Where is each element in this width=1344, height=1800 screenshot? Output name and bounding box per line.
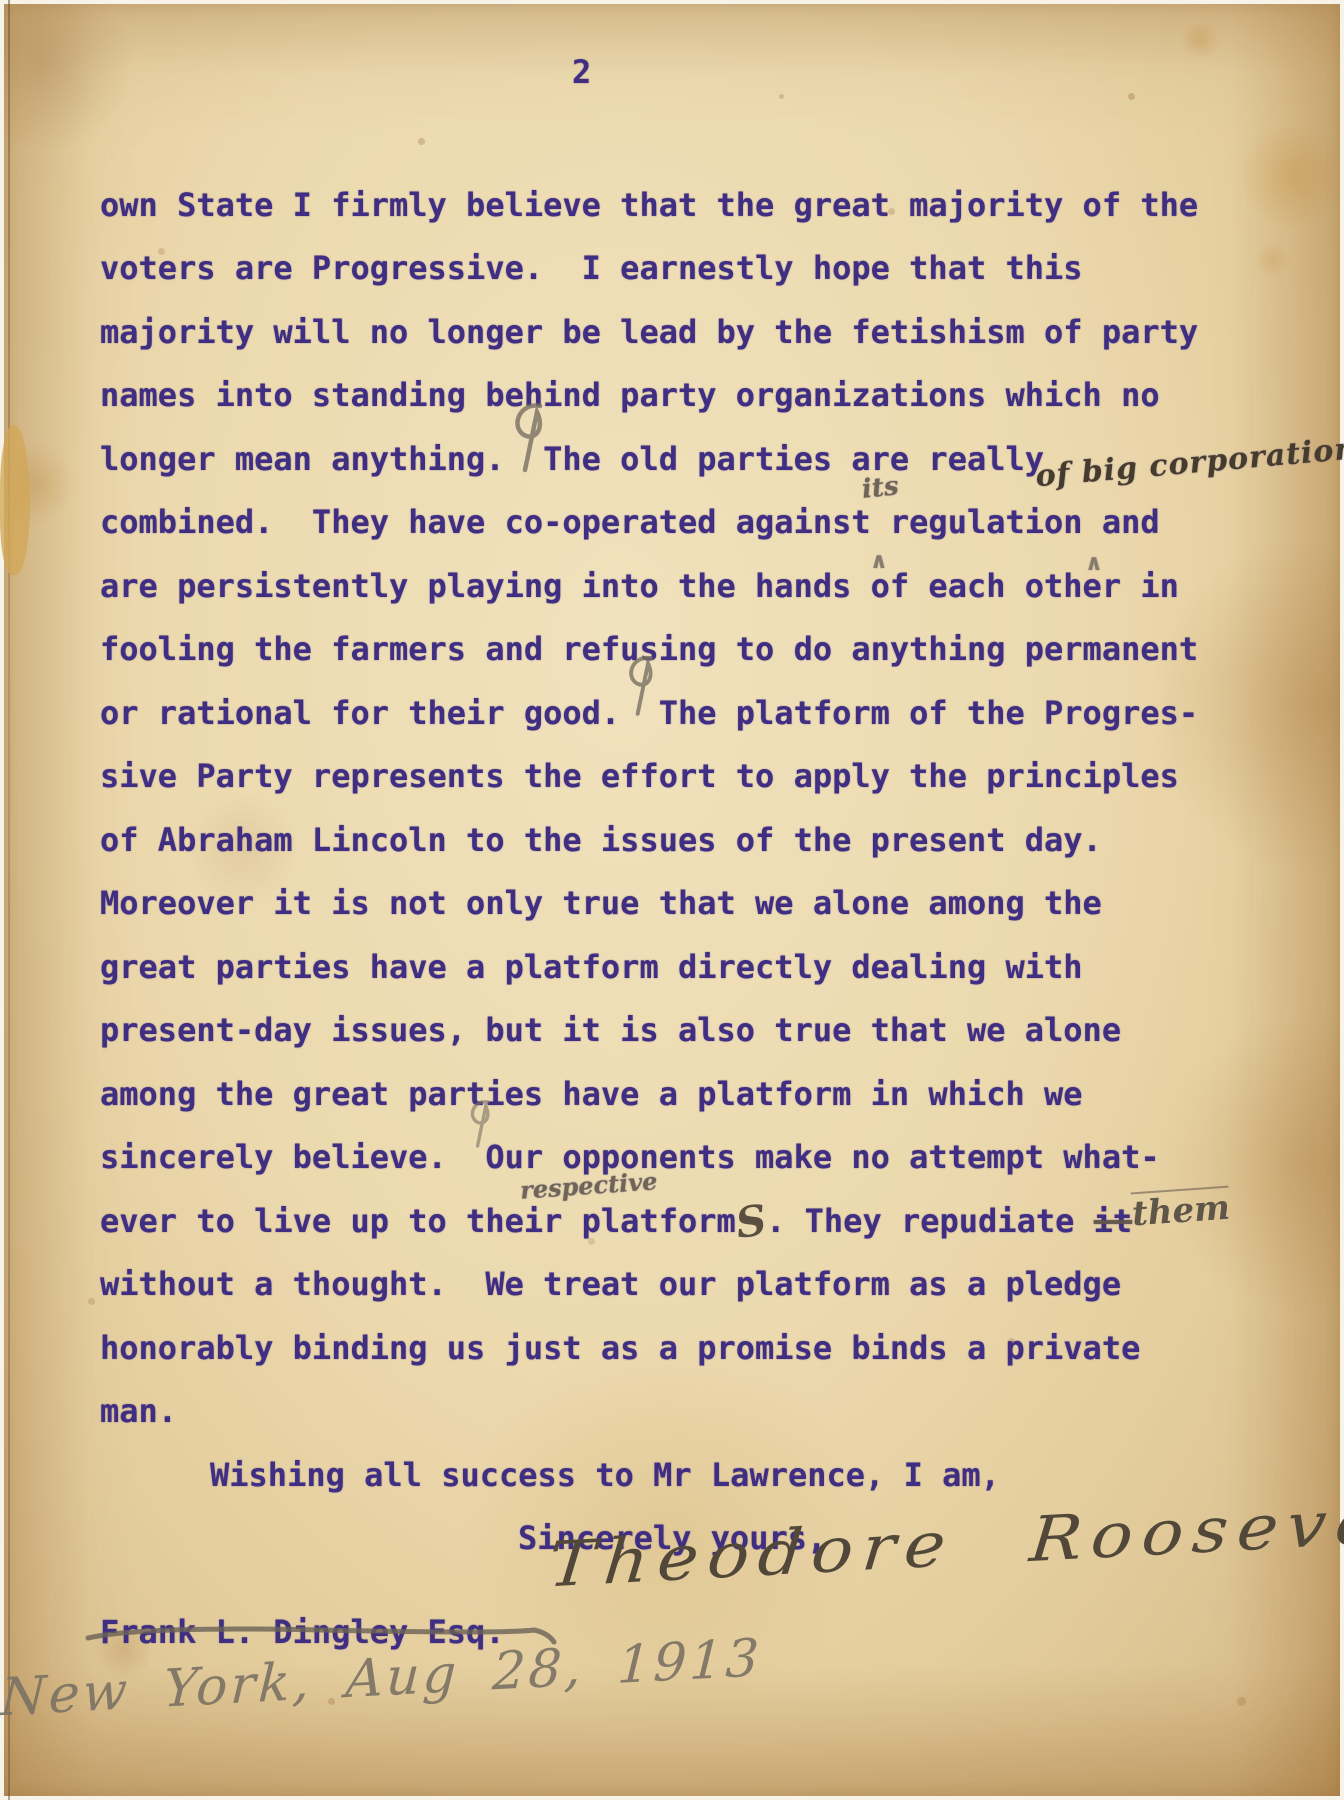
paper-edge-crease [8, 0, 10, 1800]
typed-line: . They repudiate [766, 1202, 1094, 1240]
typed-line: majority will no longer be lead by the f… [100, 312, 1198, 352]
pencil-insert-its: its [860, 466, 901, 510]
typed-line: present-day issues, but it is also true … [100, 1010, 1121, 1050]
paragraph-mark-icon [463, 1098, 499, 1150]
paper-specks [0, 0, 3, 3]
typed-line: ever to live up to their platform [100, 1202, 736, 1240]
typed-line: combined. They have co-operated against … [100, 503, 1160, 541]
paragraph-mark-icon [506, 400, 554, 476]
typed-line: man. [100, 1391, 177, 1431]
letter-scan-page: 2 own State I firmly believe that the gr… [0, 0, 1344, 1800]
struck-word-it: it [1094, 1202, 1133, 1240]
page-number: 2 [572, 52, 591, 92]
typed-line: Moreover it is not only true that we alo… [100, 883, 1102, 923]
pencil-insert-them: them [1132, 1198, 1231, 1225]
typed-line: longer mean anything. The old parties ar… [100, 439, 1044, 479]
typed-line: are persistently playing into the hands … [100, 566, 1179, 606]
typed-line: own State I firmly believe that the grea… [100, 185, 1198, 225]
pencil-added-s: S [735, 1210, 768, 1234]
typed-line: honorably binding us just as a promise b… [100, 1328, 1140, 1368]
typed-line: voters are Progressive. I earnestly hope… [100, 248, 1083, 288]
typed-line-with-edits: combined. They have co-operated against … [100, 502, 1160, 542]
closing-line: Wishing all success to Mr Lawrence, I am… [210, 1455, 1000, 1495]
typed-line: names into standing behind party organiz… [100, 375, 1160, 415]
typed-line-with-edits: ever to live up to their platformS. They… [100, 1201, 1230, 1241]
typed-line: sive Party represents the effort to appl… [100, 756, 1179, 796]
typed-line: great parties have a platform directly d… [100, 947, 1083, 987]
typed-line: of Abraham Lincoln to the issues of the … [100, 820, 1102, 860]
typed-line: without a thought. We treat our platform… [100, 1264, 1121, 1304]
paragraph-mark-icon [620, 653, 664, 719]
typed-line: among the great parties have a platform … [100, 1074, 1083, 1114]
